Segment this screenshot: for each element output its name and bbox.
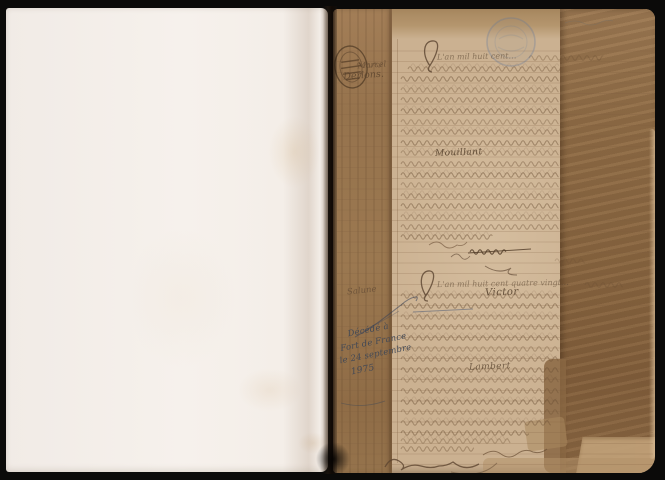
manuscript-page: L'an mil huit cent… Mouillant Marcel Der…	[333, 9, 655, 473]
margin-rule-line	[397, 39, 398, 463]
page-stain	[238, 368, 302, 412]
archival-scan: L'an mil huit cent… Mouillant Marcel Der…	[0, 0, 665, 480]
entry1-opening-words: L'an mil huit cent…	[437, 51, 517, 61]
page-stain	[126, 228, 236, 368]
gutter-bottom-shadow	[316, 442, 350, 476]
entry1-margin-note: Marcel Derlons.	[340, 59, 387, 82]
highlighted-name-victor: Victor	[485, 286, 519, 298]
page-stain	[268, 116, 320, 188]
book-gutter-shadow	[323, 6, 337, 474]
highlighted-name-lambert: Lambert	[469, 361, 511, 372]
ruled-lines	[337, 41, 653, 465]
highlighted-name-mouillant: Mouillant	[435, 147, 483, 159]
blank-left-page	[6, 8, 328, 472]
